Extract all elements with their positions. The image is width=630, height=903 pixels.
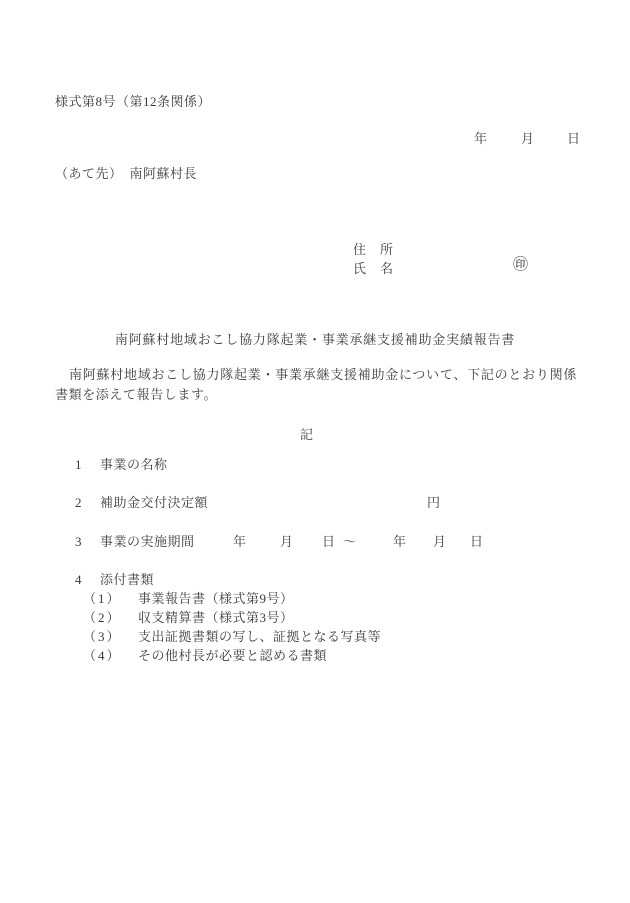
intro-paragraph: 南阿蘇村地域おこし協力隊起業・事業承継支援補助金について、下記のとおり関係書類を… <box>55 365 577 405</box>
form-number: 様式第8号（第12条関係） <box>55 93 211 110</box>
attachment-label: 事業報告書（様式第9号） <box>138 591 294 606</box>
date-month-label: 月 <box>521 130 535 147</box>
item-number: 3 <box>75 533 100 550</box>
item-label: 添付書類 <box>100 572 154 587</box>
attachment-item: （1）事業報告書（様式第9号） <box>83 590 294 607</box>
attachment-number: （2） <box>83 609 138 626</box>
document-page: 様式第8号（第12条関係） 年 月 日 （あて先） 南阿蘇村長 住 所 氏 名 … <box>0 0 630 903</box>
period-start-month-label: 月 <box>280 533 294 550</box>
name-label: 氏 名 <box>353 260 394 277</box>
period-start-year-label: 年 <box>233 533 247 550</box>
list-item-grant-amount: 2補助金交付決定額 <box>75 494 208 511</box>
attachment-item: （2）収支精算書（様式第3号） <box>83 609 294 626</box>
list-item-attachments: 4添付書類 <box>75 571 154 588</box>
period-tilde: ～ <box>343 533 357 550</box>
list-item-project-period: 3事業の実施期間 <box>75 533 195 550</box>
attachment-number: （1） <box>83 590 138 607</box>
period-end-day-label: 日 <box>470 533 484 550</box>
amount-unit-label: 円 <box>427 494 441 511</box>
item-label: 補助金交付決定額 <box>100 495 208 510</box>
date-day-label: 日 <box>567 130 581 147</box>
seal-icon: ㊞ <box>513 257 529 274</box>
attachment-label: その他村長が必要と認める書類 <box>138 648 327 663</box>
period-start-day-label: 日 <box>322 533 336 550</box>
attachment-number: （4） <box>83 647 138 664</box>
item-label: 事業の名称 <box>100 457 168 472</box>
attachment-label: 収支精算書（様式第3号） <box>138 610 294 625</box>
document-title: 南阿蘇村地域おこし協力隊起業・事業承継支援補助金実績報告書 <box>0 331 630 348</box>
attachment-number: （3） <box>83 628 138 645</box>
date-year-label: 年 <box>474 130 488 147</box>
list-item-project-name: 1事業の名称 <box>75 456 168 473</box>
attachment-label: 支出証拠書類の写し、証拠となる写真等 <box>138 629 381 644</box>
item-number: 1 <box>75 456 100 473</box>
item-number: 4 <box>75 571 100 588</box>
item-label: 事業の実施期間 <box>100 534 195 549</box>
period-end-year-label: 年 <box>393 533 407 550</box>
attachment-item: （4）その他村長が必要と認める書類 <box>83 647 327 664</box>
addressee-line: （あて先） 南阿蘇村長 <box>55 165 197 182</box>
notation-mark: 記 <box>300 426 314 443</box>
address-label: 住 所 <box>353 241 394 258</box>
attachment-item: （3）支出証拠書類の写し、証拠となる写真等 <box>83 628 381 645</box>
item-number: 2 <box>75 494 100 511</box>
period-end-month-label: 月 <box>433 533 447 550</box>
